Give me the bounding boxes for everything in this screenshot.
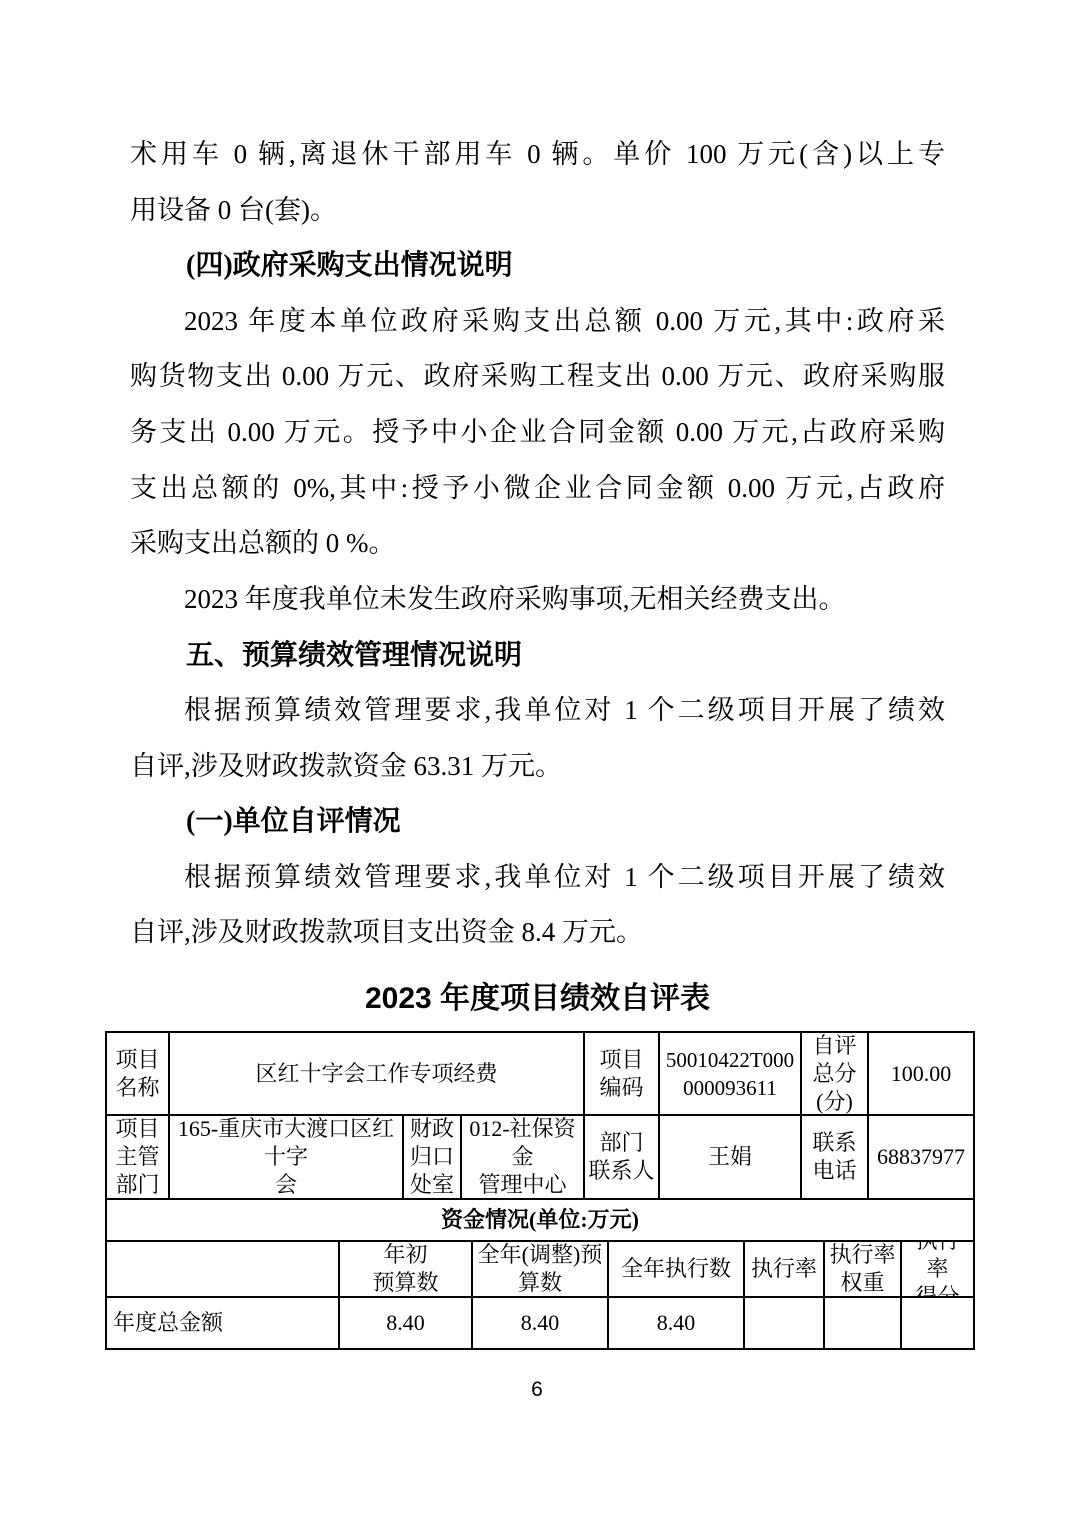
annual-total-initial: 8.40 — [340, 1298, 473, 1348]
body-text: 术用车 0 辆,离退休干部用车 0 辆。单价 100 万元(含)以上专 用设备 … — [130, 127, 945, 1027]
heading-section-four: (四)政府采购支出情况说明 — [130, 238, 945, 294]
heading-section-five-one: (一)单位自评情况 — [130, 794, 945, 850]
paragraph-performance-line: 自评,涉及财政拨款资金 63.31 万元。 — [130, 739, 945, 795]
table-row-section-header: 资金情况(单位:万元) — [107, 1200, 973, 1242]
table-row-project-name: 项目 名称 区红十字会工作专项经费 项目 编码 50010422T0000000… — [107, 1033, 973, 1116]
funds-section-title: 资金情况(单位:万元) — [107, 1200, 973, 1240]
annual-total-adjusted: 8.40 — [473, 1298, 609, 1348]
column-header-adjusted-budget: 全年(调整)预 算数 — [473, 1242, 609, 1296]
column-header-execution-rate: 执行率 — [745, 1242, 825, 1296]
column-header-initial-budget: 年初 预算数 — [340, 1242, 473, 1296]
phone-label: 联系 电话 — [802, 1116, 869, 1198]
paragraph-carryover-line: 术用车 0 辆,离退休干部用车 0 辆。单价 100 万元(含)以上专 — [130, 127, 945, 183]
heading-section-five: 五、预算绩效管理情况说明 — [130, 627, 945, 683]
column-header-empty — [107, 1242, 340, 1296]
department-value: 165-重庆市大渡口区红十字 会 — [170, 1116, 404, 1198]
table-row-annual-total: 年度总金额 8.40 8.40 8.40 — [107, 1298, 973, 1348]
paragraph-procurement-line: 支出总额的 0%,其中:授予小微企业合同金额 0.00 万元,占政府 — [130, 461, 945, 517]
column-header-executed: 全年执行数 — [609, 1242, 745, 1296]
page-number: 6 — [0, 1378, 1074, 1402]
annual-total-executed: 8.40 — [609, 1298, 745, 1348]
project-code-value: 50010422T000000093611 — [660, 1033, 802, 1114]
paragraph-carryover-line: 用设备 0 台(套)。 — [130, 183, 945, 239]
self-evaluation-table: 项目 名称 区红十字会工作专项经费 项目 编码 50010422T0000000… — [105, 1031, 975, 1350]
table-row-column-headers: 年初 预算数 全年(调整)预 算数 全年执行数 执行率 执行率 权重 执行率 得… — [107, 1242, 973, 1298]
paragraph-no-procurement: 2023 年度我单位未发生政府采购事项,无相关经费支出。 — [130, 572, 945, 628]
project-name-label: 项目 名称 — [107, 1033, 170, 1114]
annual-total-rate — [745, 1298, 825, 1348]
annual-total-weight — [825, 1298, 902, 1348]
self-score-value: 100.00 — [869, 1033, 973, 1114]
document-page: 术用车 0 辆,离退休干部用车 0 辆。单价 100 万元(含)以上专 用设备 … — [0, 0, 1074, 1520]
paragraph-procurement-line: 务支出 0.00 万元。授予中小企业合同金额 0.00 万元,占政府采购 — [130, 405, 945, 461]
column-header-rate-score: 执行率 得分 — [902, 1242, 973, 1296]
contact-value: 王娟 — [660, 1116, 802, 1198]
paragraph-performance-line: 根据预算绩效管理要求,我单位对 1 个二级项目开展了绩效 — [130, 683, 945, 739]
paragraph-self-eval-line: 根据预算绩效管理要求,我单位对 1 个二级项目开展了绩效 — [130, 850, 945, 906]
table-row-department: 项目 主管 部门 165-重庆市大渡口区红十字 会 财政 归口 处室 012-社… — [107, 1116, 973, 1200]
finance-office-value: 012-社保资金 管理中心 — [462, 1116, 585, 1198]
finance-office-label: 财政 归口 处室 — [404, 1116, 462, 1198]
paragraph-procurement-line: 购货物支出 0.00 万元、政府采购工程支出 0.00 万元、政府采购服 — [130, 349, 945, 405]
project-name-value: 区红十字会工作专项经费 — [170, 1033, 585, 1114]
phone-value: 68837977 — [869, 1116, 973, 1198]
table-title: 2023 年度项目绩效自评表 — [130, 971, 945, 1027]
annual-total-score — [902, 1298, 973, 1348]
paragraph-procurement-line: 采购支出总额的 0 %。 — [130, 516, 945, 572]
contact-label: 部门 联系人 — [585, 1116, 660, 1198]
paragraph-procurement-line: 2023 年度本单位政府采购支出总额 0.00 万元,其中:政府采 — [130, 294, 945, 350]
self-score-label: 自评 总分 (分) — [802, 1033, 869, 1114]
column-header-rate-weight: 执行率 权重 — [825, 1242, 902, 1296]
project-code-label: 项目 编码 — [585, 1033, 660, 1114]
paragraph-self-eval-line: 自评,涉及财政拨款项目支出资金 8.4 万元。 — [130, 905, 945, 961]
department-label: 项目 主管 部门 — [107, 1116, 170, 1198]
annual-total-label: 年度总金额 — [107, 1298, 340, 1348]
